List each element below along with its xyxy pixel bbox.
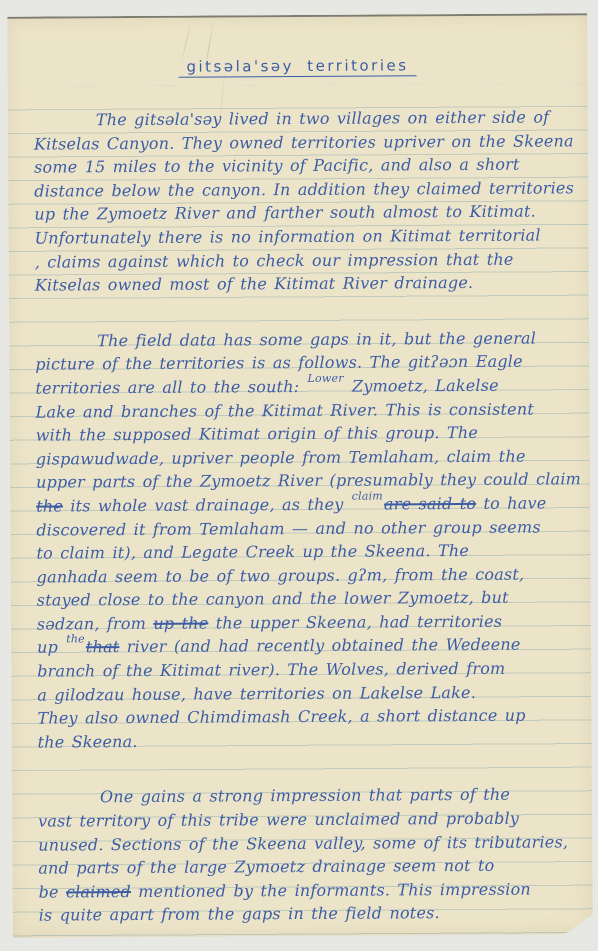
paragraph-1: The gitsəla'səy lived in two villages on… (34, 105, 579, 297)
text-line: discovered it from Temlaham — and no oth… (36, 515, 580, 542)
text-line: up the Zymoetz River and farther south a… (34, 200, 578, 227)
text-line: distance below the canyon. In addition t… (34, 176, 578, 203)
text-line: and parts of the large Zymoetz drainage … (38, 854, 582, 881)
text-line: vast territory of this tribe were unclai… (38, 806, 582, 833)
text-line: to claim it), and Legate Creek up the Sk… (36, 538, 580, 565)
title-underline: gitsəla'səy territories (178, 56, 416, 77)
text-line: be claimed mentioned by the informants. … (38, 877, 582, 904)
text-line: Kitselas Canyon. They owned territories … (34, 129, 578, 156)
text-line: ganhada seem to be of two groups. gʔm, f… (37, 562, 581, 589)
text-line: the Skeena. (38, 727, 582, 754)
manuscript-text: The gitsəla'səy lived in two villages on… (34, 105, 583, 927)
text-line: some 15 miles to the vicinity of Pacific… (34, 152, 578, 179)
text-line: is quite apart from the gaps in the fiel… (39, 901, 583, 928)
text-line: The gitsəla'səy lived in two villages on… (34, 105, 578, 132)
text-line: with the supposed Kitimat origin of this… (36, 420, 580, 447)
text-line: up thethat river (and had recently obtai… (37, 633, 581, 660)
text-line: Unfortunately there is no information on… (34, 223, 578, 250)
inserted-word: Lower (307, 374, 343, 384)
manuscript-page: gitsəla'səy territories The gitsəla'səy … (7, 13, 593, 938)
scan-background: gitsəla'səy territories The gitsəla'səy … (0, 0, 598, 951)
struck-word: claimed (66, 882, 131, 901)
paragraph-3: One gains a strong impression that parts… (38, 783, 583, 928)
text-line: Kitselas owned most of the Kitimat River… (35, 270, 579, 297)
text-line: , claims against which to check our impr… (35, 247, 579, 274)
text-line: One gains a strong impression that parts… (38, 783, 582, 810)
text-line: They also owned Chimdimash Creek, a shor… (37, 704, 581, 731)
text-line: stayed close to the canyon and the lower… (37, 586, 581, 613)
text-line: Lake and branches of the Kitimat River. … (36, 397, 580, 424)
inserted-word: claim (352, 491, 383, 501)
text-line: the its whole vast drainage, as they cla… (36, 491, 580, 518)
page-title: gitsəla'səy territories (7, 55, 587, 79)
struck-word: are said to (384, 494, 476, 514)
text-line: The field data has some gaps in it, but … (35, 326, 579, 353)
paragraph-2: The field data has some gaps in it, but … (35, 326, 582, 754)
text-line: a gilodzau house, have territories on La… (37, 680, 581, 707)
text-line: unused. Sections of the Skeena valley, s… (38, 830, 582, 857)
text-line: upper parts of the Zymoetz River (presum… (36, 468, 580, 495)
text-line: sədzan, from up the the upper Skeena, ha… (37, 609, 581, 636)
text-line: territories are all to the south: Lower … (35, 373, 579, 400)
struck-word: the (36, 496, 63, 515)
text-line: gispawudwade, upriver people from Temlah… (36, 444, 580, 471)
text-line: branch of the Kitimat river). The Wolves… (37, 656, 581, 683)
struck-word: that (86, 638, 120, 657)
inserted-word: the (66, 635, 85, 645)
struck-word: up the (153, 613, 208, 632)
